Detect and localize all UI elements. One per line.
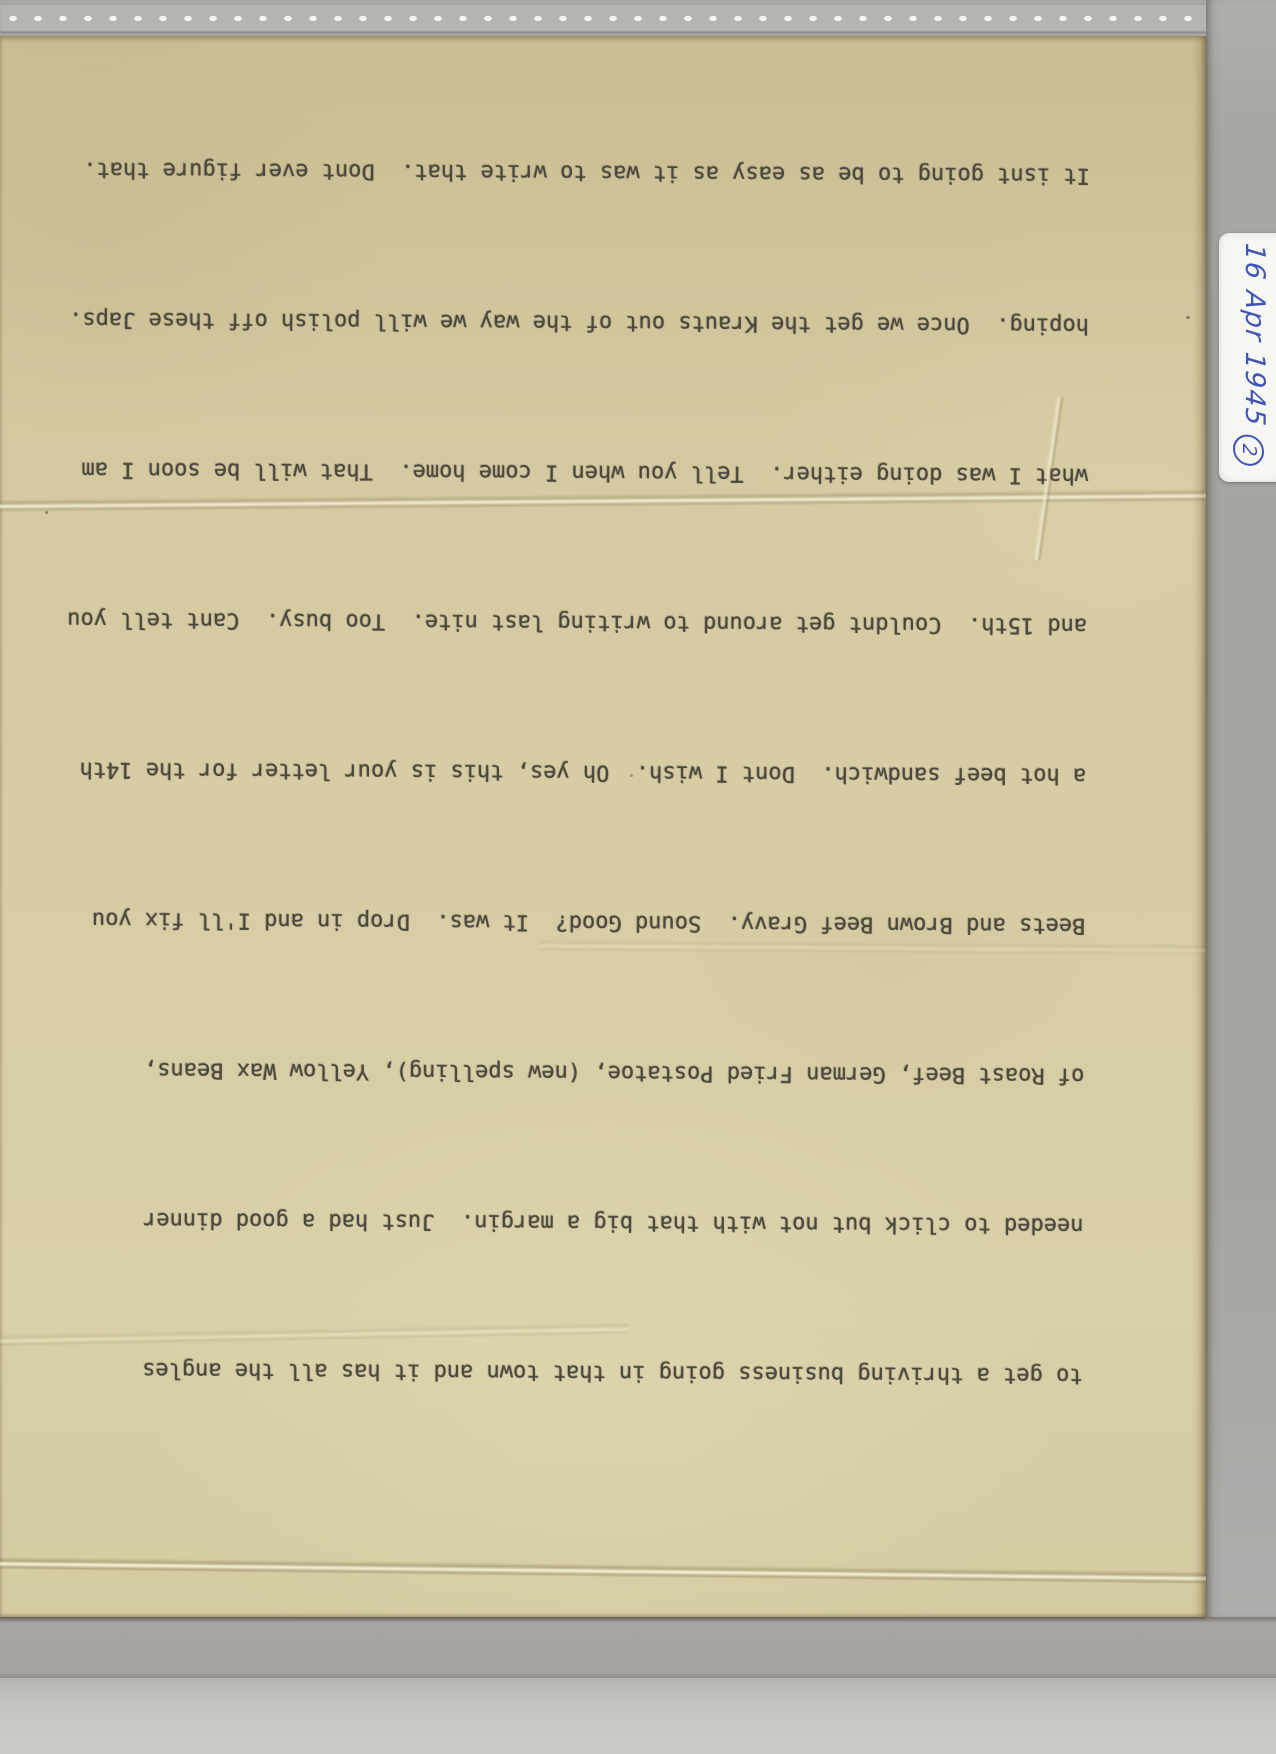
- typed-line: what I was doing either. Tell you when I…: [2, 443, 1088, 500]
- letter-page: to get a thriving business going in that…: [0, 36, 1206, 1617]
- typed-line: It will be a hard grind but at least all…: [5, 36, 1091, 50]
- typed-line: a hot beef sandwich. Dont I wish. Oh yes…: [0, 743, 1086, 800]
- ink-speck: [1186, 316, 1190, 319]
- ink-speck: [630, 774, 633, 777]
- date-label: 16 Apr 19452: [1219, 233, 1276, 482]
- letter-content-upside-down: to get a thriving business going in that…: [0, 36, 1206, 1617]
- typed-line: hoping. Once we get the Krauts out of th…: [3, 293, 1089, 350]
- date-label-text: 16 Apr 19452: [1234, 241, 1270, 477]
- mat-band-middle: [0, 1617, 1276, 1678]
- page-number-badge: 2: [1233, 434, 1264, 468]
- typed-line: It isnt going to be as easy as it was to…: [4, 143, 1090, 200]
- ink-speck: [45, 511, 48, 514]
- handwritten-date: 16 Apr 1945: [1239, 242, 1270, 429]
- typed-line: Beets and Brown Beef Gravy. Sound Good? …: [0, 893, 1086, 950]
- typed-letter-body: to get a thriving business going in that…: [0, 36, 1206, 1617]
- typed-line: of Roast Beef, German Fried Postatoe, (n…: [0, 1043, 1085, 1100]
- typed-line: and 15th. Couldnt get around to writing …: [1, 593, 1087, 650]
- mat-band-lower: [0, 1678, 1276, 1754]
- typed-line: needed to click but not with that big a …: [0, 1193, 1084, 1250]
- sleeve-perforation-strip: [0, 5, 1276, 32]
- typed-line: to get a thriving business going in that…: [0, 1343, 1083, 1400]
